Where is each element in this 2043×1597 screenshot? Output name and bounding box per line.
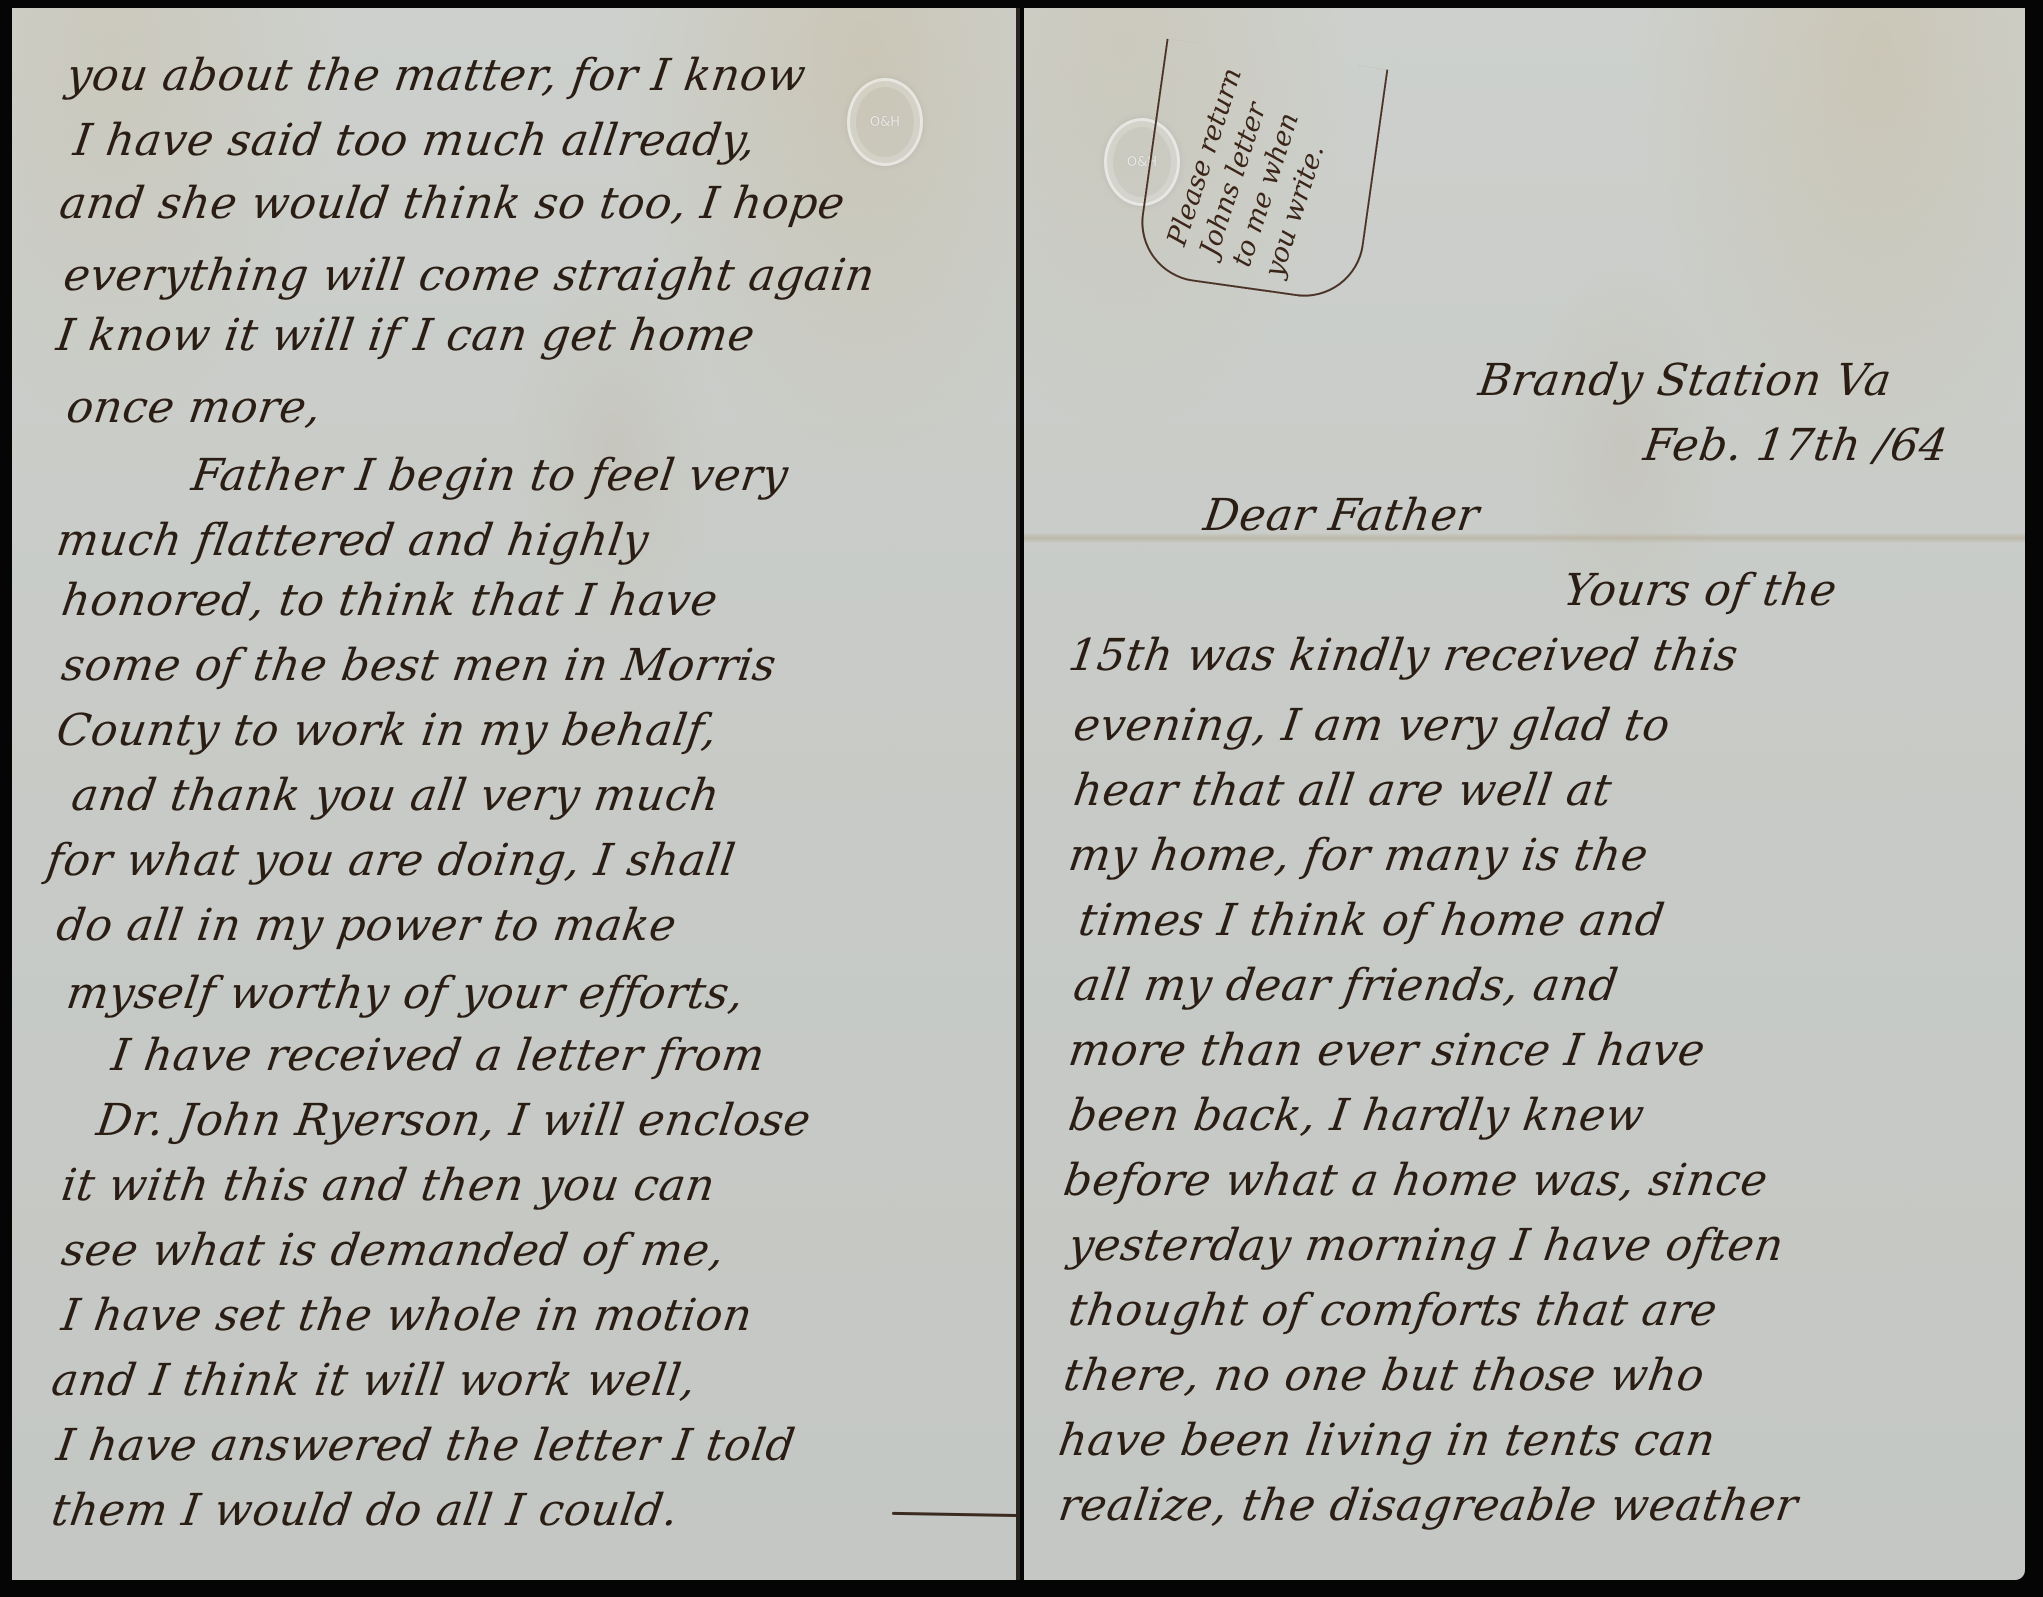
letter-line: evening, I am very glad to xyxy=(1070,698,1674,754)
letter-line: been back, I hardly knew xyxy=(1065,1088,1648,1144)
embossed-seal-icon: O&H xyxy=(847,78,923,166)
letter-line: more than ever since I have xyxy=(1065,1023,1709,1079)
letter-line: myself worthy of your efforts, xyxy=(63,966,747,1022)
letter-line: County to work in my behalf, xyxy=(53,703,721,759)
letter-line: and thank you all very much xyxy=(68,768,723,824)
letter-line: and I think it will work well, xyxy=(48,1353,699,1409)
letter-line: yesterday morning I have often xyxy=(1065,1218,1787,1274)
letter-date: Feb. 17th /64 xyxy=(1640,418,1951,474)
letter-line: hear that all are well at xyxy=(1070,763,1615,819)
letter-line: my home, for many is the xyxy=(1065,828,1652,884)
letter-line: it with this and then you can xyxy=(58,1158,719,1214)
ink-flourish xyxy=(892,1512,1020,1517)
letter-line: honored, to think that I have xyxy=(58,573,721,629)
letter-line: 15th was kindly received this xyxy=(1065,628,1742,684)
letter-line: everything will come straight again xyxy=(60,248,878,304)
letter-line: Father I begin to feel very xyxy=(188,448,792,504)
letter-page-right: O&H Please return Johns letter to me whe… xyxy=(1024,8,2025,1580)
letter-line: see what is demanded of me, xyxy=(58,1223,728,1279)
margin-note-bracket: Please return Johns letter to me when yo… xyxy=(1134,39,1389,305)
letter-line: I have set the whole in motion xyxy=(58,1288,756,1344)
letter-page-left: O&H you about the matter, for I know I h… xyxy=(12,8,1020,1580)
letter-line: them I would do all I could. xyxy=(48,1483,682,1539)
letter-line: times I think of home and xyxy=(1075,893,1668,949)
letter-line: thought of comforts that are xyxy=(1065,1283,1721,1339)
letter-line: and she would think so too, I hope xyxy=(56,176,848,232)
letter-line: there, no one but those who xyxy=(1060,1348,1708,1404)
letter-line: some of the best men in Morris xyxy=(58,638,780,694)
letter-line: I have said too much allready, xyxy=(70,113,759,169)
letter-line: for what you are doing, I shall xyxy=(43,833,739,889)
letter-line: realize, the disagreable weather xyxy=(1055,1478,1801,1534)
letter-line: Dr. John Ryerson, I will enclose xyxy=(93,1093,814,1149)
letter-line: I have received a letter from xyxy=(108,1028,768,1084)
letter-line: have been living in tents can xyxy=(1055,1413,1719,1469)
margin-note: Please return Johns letter to me when yo… xyxy=(1161,64,1347,282)
letter-line: Yours of the xyxy=(1560,563,1840,619)
letter-line: I know it will if I can get home xyxy=(53,308,758,364)
letter-line: once more, xyxy=(63,380,325,436)
letter-place: Brandy Station Va xyxy=(1475,353,1895,409)
letter-line: you about the matter, for I know xyxy=(63,48,809,104)
letter-line: before what a home was, since xyxy=(1060,1153,1771,1209)
letter-line: much flattered and highly xyxy=(53,513,652,569)
letter-line: I have answered the letter I told xyxy=(53,1418,799,1474)
letter-line: all my dear friends, and xyxy=(1070,958,1621,1014)
letter-salutation: Dear Father xyxy=(1200,488,1483,544)
paper-fold xyxy=(1024,533,2025,543)
letter-line: do all in my power to make xyxy=(53,898,680,954)
